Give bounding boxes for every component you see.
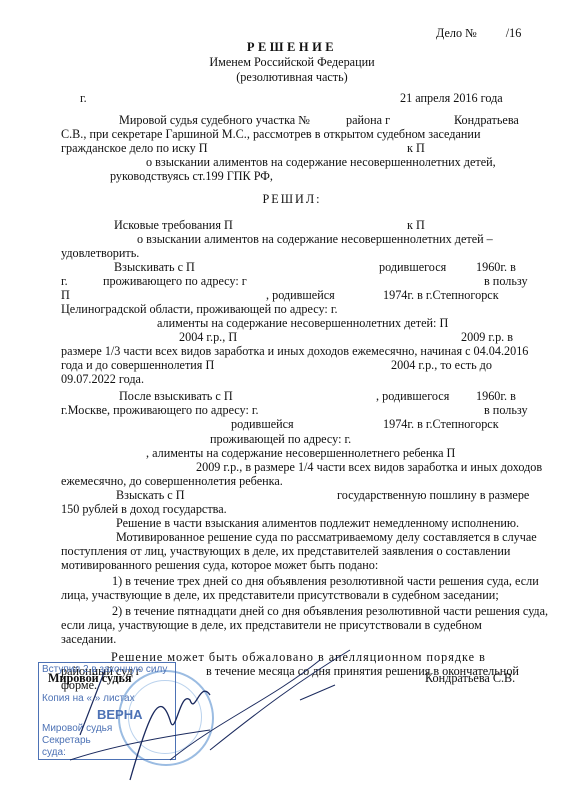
para-6-line-2: поступления от лиц, участвующих в деле, … [61, 544, 519, 559]
text: 2004 г.р., то есть до [391, 358, 492, 373]
para-7: 1) в течение трех дней со дня объявления… [112, 574, 570, 589]
city: г. [80, 91, 87, 106]
case-number-value: /16 [506, 26, 522, 40]
para-2-line-7: размере 1/3 части всех видов заработка и… [61, 344, 519, 359]
para-3-line-4: проживающей по адресу: г. [210, 432, 584, 447]
para-2-line-4: Целиноградской области, проживающей по а… [61, 302, 519, 317]
text: П [61, 288, 70, 303]
text: в пользу [484, 274, 528, 289]
para-3-line-7: ежемесячно, до совершеннолетия ребенка. [61, 474, 519, 489]
text: Взыскать с П [116, 488, 185, 503]
text: 1974г. в г.Степногорск [383, 417, 499, 432]
intro-line-4: о взыскании алиментов на содержание несо… [146, 155, 584, 170]
judge-signature-label: Мировой судья [48, 671, 132, 686]
case-number: Дело № /16 [436, 26, 521, 41]
intro-text: к П [407, 141, 425, 156]
text: 1974г. в г.Степногорск [383, 288, 499, 303]
para-1-line-2: о взыскании алиментов на содержание несо… [137, 232, 519, 247]
para-8-line-2: если лица, участвующие в деле, их предст… [61, 618, 519, 633]
text: к П [407, 218, 425, 233]
text: г.Москве, проживающего по адресу: г. [61, 403, 259, 418]
text: родившейся [231, 417, 294, 432]
text: После взыскивать с П [119, 389, 233, 404]
text: года и до совершеннолетия П [61, 358, 214, 373]
text: проживающего по адресу: г [103, 274, 247, 289]
text: государственную пошлину в размере [337, 488, 529, 503]
para-1-line-3: удовлетворить. [61, 246, 519, 261]
handwritten-signature-icon [60, 640, 420, 790]
text: , родившейся [266, 288, 335, 303]
text: родившегося [379, 260, 446, 275]
para-7-line-2: лица, участвующие в деле, их представите… [61, 588, 519, 603]
text: Исковые требования П [114, 218, 233, 233]
text: Взыскивать с П [114, 260, 195, 275]
decided-heading: РЕШИЛ: [0, 192, 584, 207]
document-subtitle-2: (резолютивная часть) [0, 70, 584, 85]
text: в пользу [484, 403, 528, 418]
text: 2009 г.р. в [461, 330, 513, 345]
para-3-line-5: , алименты на содержание несовершеннолет… [146, 446, 584, 461]
document-subtitle: Именем Российской Федерации [0, 55, 584, 70]
text: , родившегося [376, 389, 449, 404]
text: 1960г. в [476, 389, 516, 404]
para-4-line-2: 150 рублей в доход государства. [61, 502, 519, 517]
intro-text: Мировой судья судебного участка № [119, 113, 310, 128]
para-3-line-6: 2009 г.р., в размере 1/4 части всех видо… [196, 460, 584, 475]
text: г. [61, 274, 68, 289]
intro-line-2: С.В., при секретаре Гаршиной М.С., рассм… [61, 127, 519, 142]
para-5: Решение в части взыскания алиментов подл… [116, 516, 574, 531]
decision-date: 21 апреля 2016 года [400, 91, 503, 106]
intro-text: района г [346, 113, 390, 128]
para-6-line-3: мотивированного решения суда, которое мо… [61, 558, 519, 573]
para-2-line-9: 09.07.2022 года. [61, 372, 519, 387]
judge-signature-name: Кондратьева С.В. [425, 671, 515, 686]
para-2-line-5: алименты на содержание несовершеннолетни… [157, 316, 584, 331]
text: 1960г. в [476, 260, 516, 275]
intro-line-5: руководствуясь ст.199 ГПК РФ, [110, 169, 568, 184]
intro-text: гражданское дело по иску П [61, 141, 208, 156]
para-6: Мотивированное решение суда по рассматри… [116, 530, 519, 545]
judge-name: Кондратьева [454, 113, 519, 128]
document-title: РЕШЕНИЕ [0, 40, 584, 55]
para-8: 2) в течение пятнадцати дней со дня объя… [112, 604, 570, 619]
case-label: Дело № [436, 26, 477, 40]
text: 2004 г.р., П [179, 330, 237, 345]
